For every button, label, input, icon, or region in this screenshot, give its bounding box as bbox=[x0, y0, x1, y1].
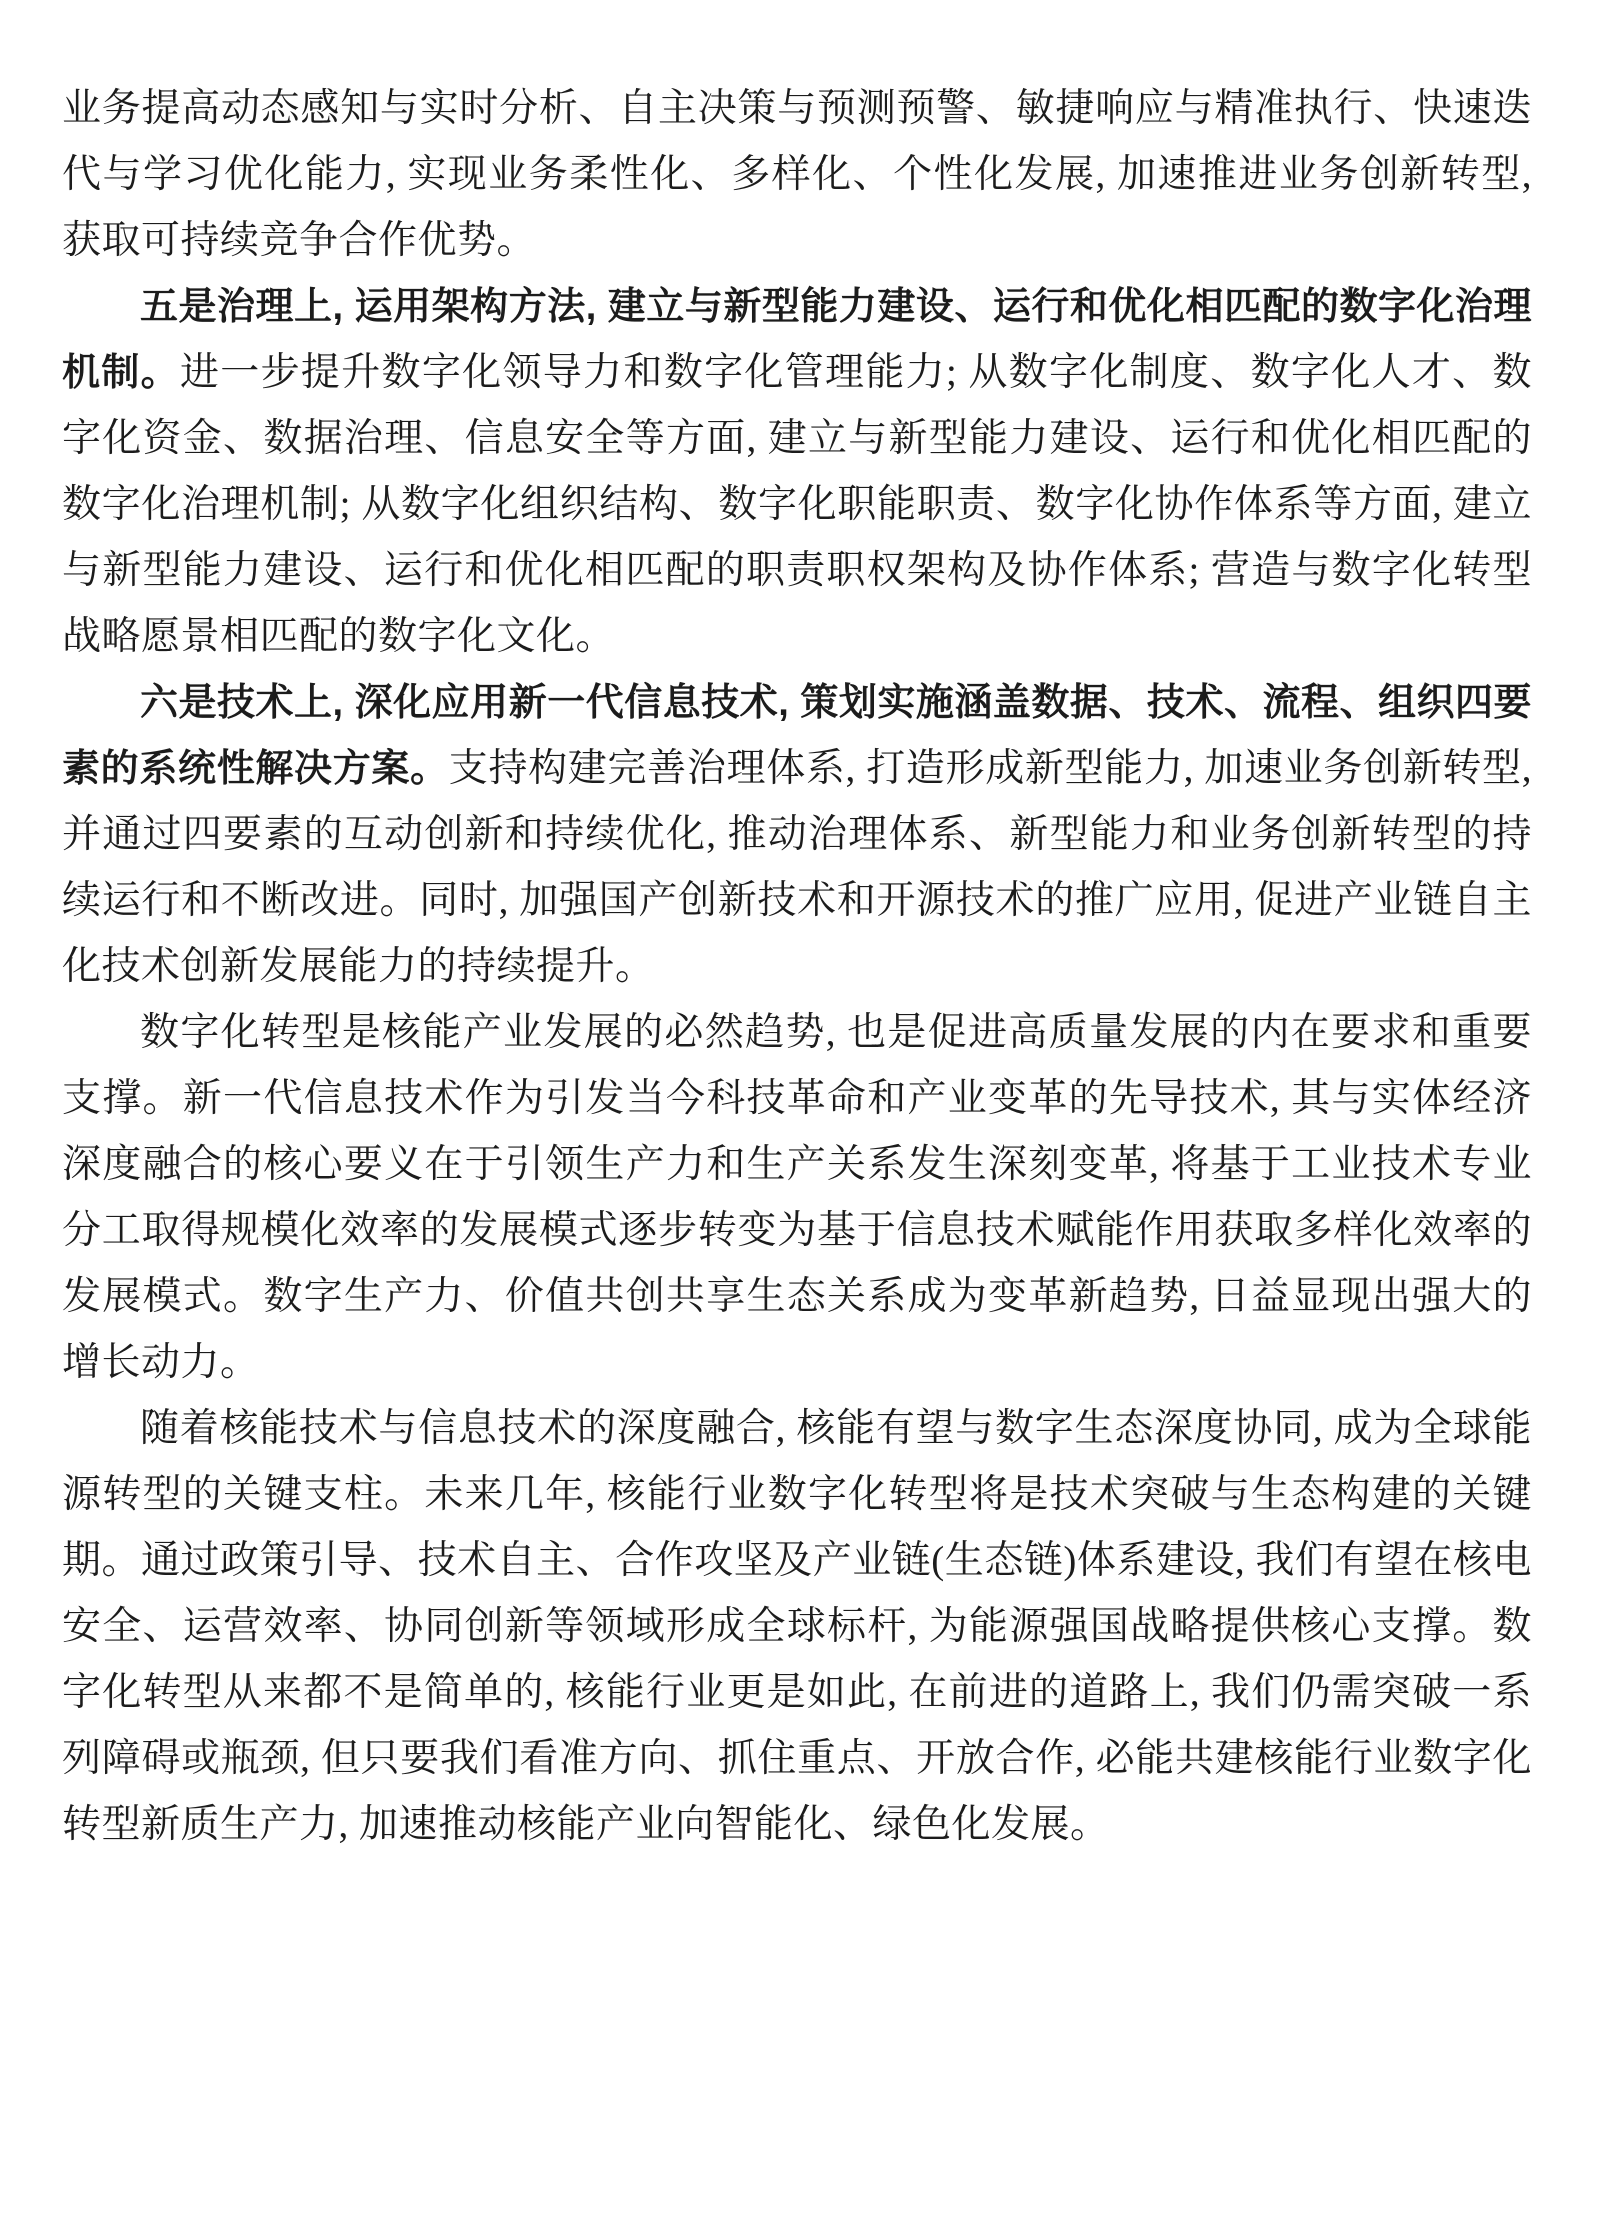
paragraph-bold-lead: 六是技术上, 深化应用新一代信息技术, 策划实施涵盖数据、技术、流程、组织四要素… bbox=[62, 682, 1532, 790]
paragraph: 五是治理上, 运用架构方法, 建立与新型能力建设、运行和优化相匹配的数字化治理机… bbox=[62, 274, 1532, 670]
paragraph: 随着核能技术与信息技术的深度融合, 核能有望与数字生态深度协同, 成为全球能源转… bbox=[62, 1396, 1532, 1858]
paragraph: 数字化转型是核能产业发展的必然趋势, 也是促进高质量发展的内在要求和重要支撑。新… bbox=[62, 1000, 1532, 1396]
paragraph-bold-lead: 五是治理上, 运用架构方法, 建立与新型能力建设、运行和优化相匹配的数字化治理机… bbox=[62, 286, 1532, 394]
paragraph: 业务提高动态感知与实时分析、自主决策与预测预警、敏捷响应与精准执行、快速迭代与学… bbox=[62, 76, 1532, 274]
document-body: 业务提高动态感知与实时分析、自主决策与预测预警、敏捷响应与精准执行、快速迭代与学… bbox=[62, 76, 1532, 1858]
document-page: 业务提高动态感知与实时分析、自主决策与预测预警、敏捷响应与精准执行、快速迭代与学… bbox=[0, 0, 1600, 2237]
paragraph: 六是技术上, 深化应用新一代信息技术, 策划实施涵盖数据、技术、流程、组织四要素… bbox=[62, 670, 1532, 1000]
